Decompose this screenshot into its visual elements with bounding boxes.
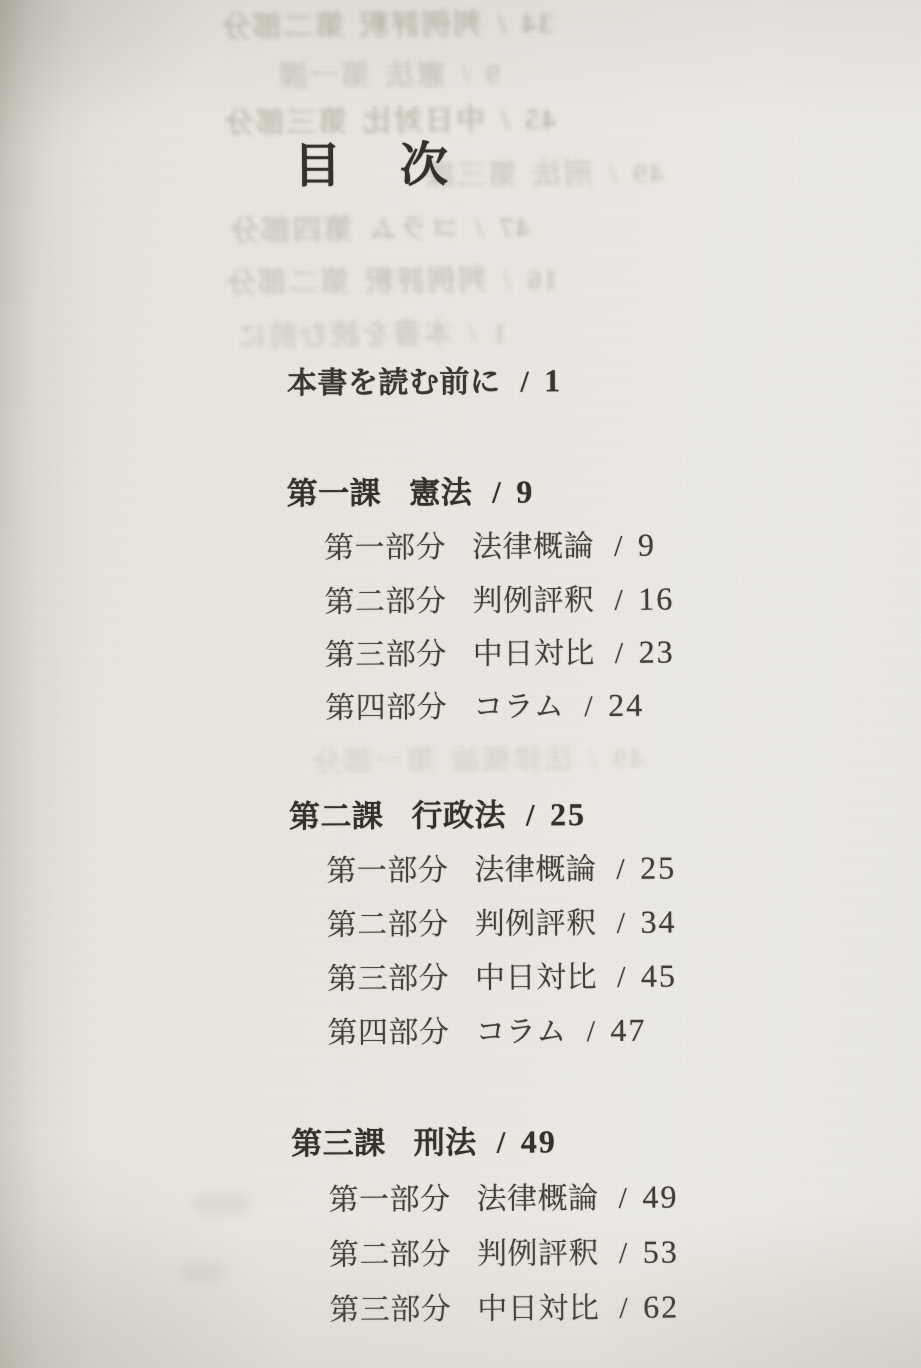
part-label: 第四部分 bbox=[325, 691, 447, 726]
part-label: 第四部分 bbox=[327, 1016, 449, 1051]
part-title: 中日対比 bbox=[477, 1292, 599, 1327]
part-label: 第二部分 bbox=[329, 1238, 451, 1273]
page-number: 16 bbox=[638, 581, 674, 618]
part-title: 判例評釈 bbox=[475, 907, 597, 942]
page-title-char: 次 bbox=[400, 140, 449, 193]
separator-slash: / bbox=[617, 961, 626, 996]
separator-slash: / bbox=[587, 1015, 596, 1050]
preface-label: 本書を読む前に bbox=[287, 366, 501, 402]
section-label: 第二課 bbox=[289, 799, 384, 835]
part-title: 法律概論 bbox=[476, 1182, 598, 1217]
separator-slash: / bbox=[619, 1237, 628, 1272]
toc-part-line: 第三部分 中日対比 / 45 bbox=[327, 957, 677, 997]
separator-slash: / bbox=[618, 1182, 627, 1217]
separator-slash: / bbox=[616, 853, 625, 888]
page-number: 25 bbox=[550, 796, 586, 833]
toc-part-line: 第二部分 判例評釈 / 34 bbox=[327, 903, 677, 943]
part-title: 中日対比 bbox=[475, 961, 597, 996]
page-number: 23 bbox=[638, 634, 674, 671]
page-number: 62 bbox=[643, 1288, 679, 1325]
toc-part-line: 第三部分 中日対比 / 62 bbox=[329, 1288, 679, 1328]
toc-part-line: 第四部分 コラム / 47 bbox=[327, 1012, 646, 1052]
page-number: 45 bbox=[641, 957, 677, 994]
page-number: 24 bbox=[608, 687, 644, 724]
toc-content: 目 次 本書を読む前に / 1 第一課 憲法 / 9 第一部分 法律概論 / 9… bbox=[0, 0, 921, 1368]
separator-slash: / bbox=[497, 1125, 506, 1161]
separator-slash: / bbox=[492, 475, 501, 511]
toc-section-heading: 第三課 刑法 / 49 bbox=[291, 1123, 557, 1162]
part-label: 第二部分 bbox=[324, 585, 446, 620]
toc-part-line: 第一部分 法律概論 / 9 bbox=[324, 527, 656, 567]
separator-slash: / bbox=[614, 584, 623, 619]
section-label: 第三課 bbox=[291, 1126, 386, 1162]
separator-slash: / bbox=[526, 797, 535, 833]
part-title: 判例評釈 bbox=[472, 584, 594, 619]
part-title: 法律概論 bbox=[472, 530, 594, 565]
part-label: 第一部分 bbox=[326, 854, 448, 889]
page-number: 49 bbox=[521, 1123, 557, 1160]
part-label: 第一部分 bbox=[328, 1183, 450, 1218]
part-label: 第三部分 bbox=[325, 638, 447, 673]
page-number: 25 bbox=[640, 849, 676, 886]
page-number: 47 bbox=[610, 1012, 646, 1049]
separator-slash: / bbox=[619, 1292, 628, 1327]
toc-part-line: 第二部分 判例評釈 / 53 bbox=[329, 1233, 679, 1273]
separator-slash: / bbox=[614, 530, 623, 565]
toc-part-line: 第二部分 判例評釈 / 16 bbox=[324, 581, 674, 621]
separator-slash: / bbox=[617, 907, 626, 942]
toc-part-line: 第四部分 コラム / 24 bbox=[325, 687, 644, 727]
book-page-photo: { "title": { "text": "目 次", "chars": ["目… bbox=[0, 0, 921, 1368]
part-label: 第三部分 bbox=[329, 1293, 451, 1328]
part-label: 第一部分 bbox=[324, 531, 446, 566]
toc-part-line: 第三部分 中日対比 / 23 bbox=[325, 634, 675, 674]
separator-slash: / bbox=[520, 366, 529, 401]
page-number: 1 bbox=[544, 362, 562, 399]
page-number: 9 bbox=[638, 527, 656, 564]
page-number: 9 bbox=[516, 473, 534, 510]
part-title: コラム bbox=[473, 690, 564, 725]
page-title-char: 目 bbox=[293, 141, 342, 194]
part-label: 第二部分 bbox=[327, 908, 449, 943]
separator-slash: / bbox=[584, 690, 593, 725]
toc-part-line: 第一部分 法律概論 / 25 bbox=[326, 849, 676, 889]
page-title: 目 次 bbox=[293, 140, 448, 194]
toc-preface-line: 本書を読む前に / 1 bbox=[287, 362, 563, 401]
section-title: 刑法 bbox=[414, 1125, 477, 1161]
section-label: 第一課 bbox=[287, 476, 382, 512]
part-title: 法律概論 bbox=[474, 853, 596, 888]
page-number: 34 bbox=[640, 903, 676, 940]
toc-section-heading: 第二課 行政法 / 25 bbox=[289, 796, 586, 835]
separator-slash: / bbox=[615, 637, 624, 672]
section-title: 行政法 bbox=[411, 798, 506, 834]
page-number: 53 bbox=[643, 1233, 679, 1270]
page-number: 49 bbox=[642, 1178, 678, 1215]
part-label: 第三部分 bbox=[327, 962, 449, 997]
part-title: 中日対比 bbox=[473, 637, 595, 672]
part-title: 判例評釈 bbox=[477, 1237, 599, 1272]
toc-section-heading: 第一課 憲法 / 9 bbox=[287, 473, 535, 512]
toc-part-line: 第一部分 法律概論 / 49 bbox=[328, 1178, 678, 1218]
section-title: 憲法 bbox=[409, 475, 472, 511]
part-title: コラム bbox=[475, 1015, 566, 1050]
